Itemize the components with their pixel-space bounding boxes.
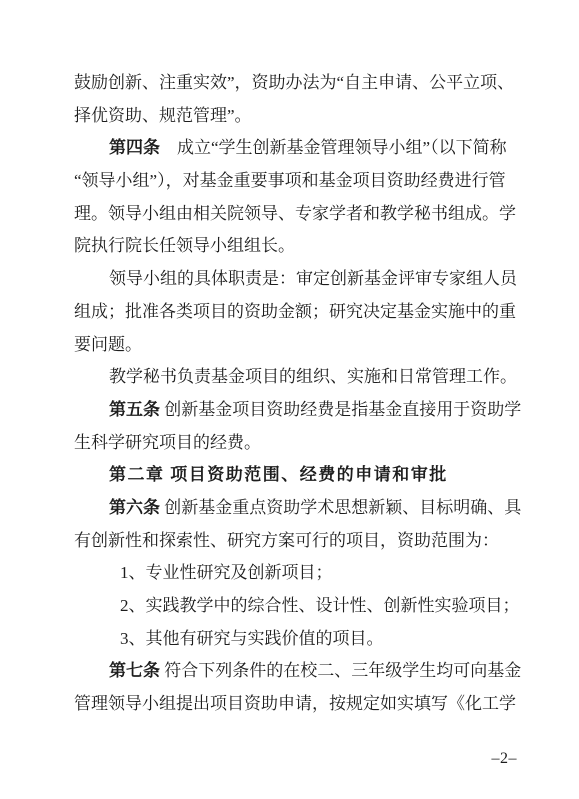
body-text: 2、实践教学中的综合性、设计性、创新性实验项目； bbox=[120, 596, 520, 615]
text-line: 生科学研究项目的经费。 bbox=[74, 427, 542, 460]
text-line: 理。领导小组由相关院领导、专家学者和教学秘书组成。学 bbox=[74, 198, 542, 231]
body-text: 1、专业性研究及创新项目； bbox=[120, 563, 333, 582]
text-line: 院执行院长任领导小组组长。 bbox=[74, 230, 542, 263]
body-text: 院执行院长任领导小组组长。 bbox=[74, 236, 295, 255]
text-line: 1、专业性研究及创新项目； bbox=[74, 557, 542, 590]
bold-text: 第二章 项目资助范围、经费的申请和审批 bbox=[109, 465, 448, 484]
text-line: 第五条 创新基金项目资助经费是指基金直接用于资助学 bbox=[74, 394, 542, 427]
body-text: 成立“学生创新基金管理领导小组”（以下简称 bbox=[160, 138, 507, 157]
text-line: 管理领导小组提出项目资助申请，按规定如实填写《化工学 bbox=[74, 688, 542, 721]
bold-text: 第六条 bbox=[109, 498, 160, 517]
bold-text: 第七条 bbox=[109, 661, 160, 680]
text-line: 有创新性和探索性、研究方案可行的项目，资助范围为： bbox=[74, 525, 542, 558]
body-text: 组成；批准各类项目的资助金额；研究决定基金实施中的重 bbox=[74, 302, 516, 321]
text-line: 领导小组的具体职责是：审定创新基金评审专家组人员 bbox=[74, 263, 542, 296]
body-text: 理。领导小组由相关院领导、专家学者和教学秘书组成。学 bbox=[74, 204, 516, 223]
bold-text: 第五条 bbox=[109, 400, 160, 419]
body-text: 3、其他有研究与实践价值的项目。 bbox=[120, 629, 384, 648]
body-text: “领导小组”），对基金重要事项和基金项目资助经费进行管 bbox=[74, 171, 506, 190]
text-line: 第七条 符合下列条件的在校二、三年级学生均可向基金 bbox=[74, 655, 542, 688]
text-line: “领导小组”），对基金重要事项和基金项目资助经费进行管 bbox=[74, 165, 542, 198]
text-line: 教学秘书负责基金项目的组织、实施和日常管理工作。 bbox=[74, 361, 542, 394]
body-text: 择优资助、规范管理”。 bbox=[74, 106, 252, 125]
text-line: 第六条 创新基金重点资助学术思想新颖、目标明确、具 bbox=[74, 492, 542, 525]
text-line: 3、其他有研究与实践价值的项目。 bbox=[74, 623, 542, 656]
document-body: 鼓励创新、注重实效”，资助办法为“自主申请、公平立项、择优资助、规范管理”。第四… bbox=[74, 67, 542, 721]
body-text: 生科学研究项目的经费。 bbox=[74, 433, 261, 452]
text-line: 第四条 成立“学生创新基金管理领导小组”（以下简称 bbox=[74, 132, 542, 165]
bold-text: 第四条 bbox=[109, 138, 160, 157]
text-line: 组成；批准各类项目的资助金额；研究决定基金实施中的重 bbox=[74, 296, 542, 329]
text-line: 择优资助、规范管理”。 bbox=[74, 100, 542, 133]
body-text: 教学秘书负责基金项目的组织、实施和日常管理工作。 bbox=[109, 367, 517, 386]
body-text: 管理领导小组提出项目资助申请，按规定如实填写《化工学 bbox=[74, 694, 516, 713]
text-line: 2、实践教学中的综合性、设计性、创新性实验项目； bbox=[74, 590, 542, 623]
body-text: 符合下列条件的在校二、三年级学生均可向基金 bbox=[160, 661, 521, 680]
body-text: 要问题。 bbox=[74, 335, 142, 354]
body-text: 领导小组的具体职责是：审定创新基金评审专家组人员 bbox=[109, 269, 517, 288]
page-number: –2– bbox=[492, 749, 518, 769]
text-line: 鼓励创新、注重实效”，资助办法为“自主申请、公平立项、 bbox=[74, 67, 542, 100]
body-text: 创新基金项目资助经费是指基金直接用于资助学 bbox=[160, 400, 521, 419]
text-line: 要问题。 bbox=[74, 329, 542, 362]
document-page: 鼓励创新、注重实效”，资助办法为“自主申请、公平立项、择优资助、规范管理”。第四… bbox=[0, 0, 579, 799]
body-text: 创新基金重点资助学术思想新颖、目标明确、具 bbox=[160, 498, 521, 517]
text-line: 第二章 项目资助范围、经费的申请和审批 bbox=[74, 459, 542, 492]
body-text: 鼓励创新、注重实效”，资助办法为“自主申请、公平立项、 bbox=[74, 73, 514, 92]
body-text: 有创新性和探索性、研究方案可行的项目，资助范围为： bbox=[74, 531, 499, 550]
